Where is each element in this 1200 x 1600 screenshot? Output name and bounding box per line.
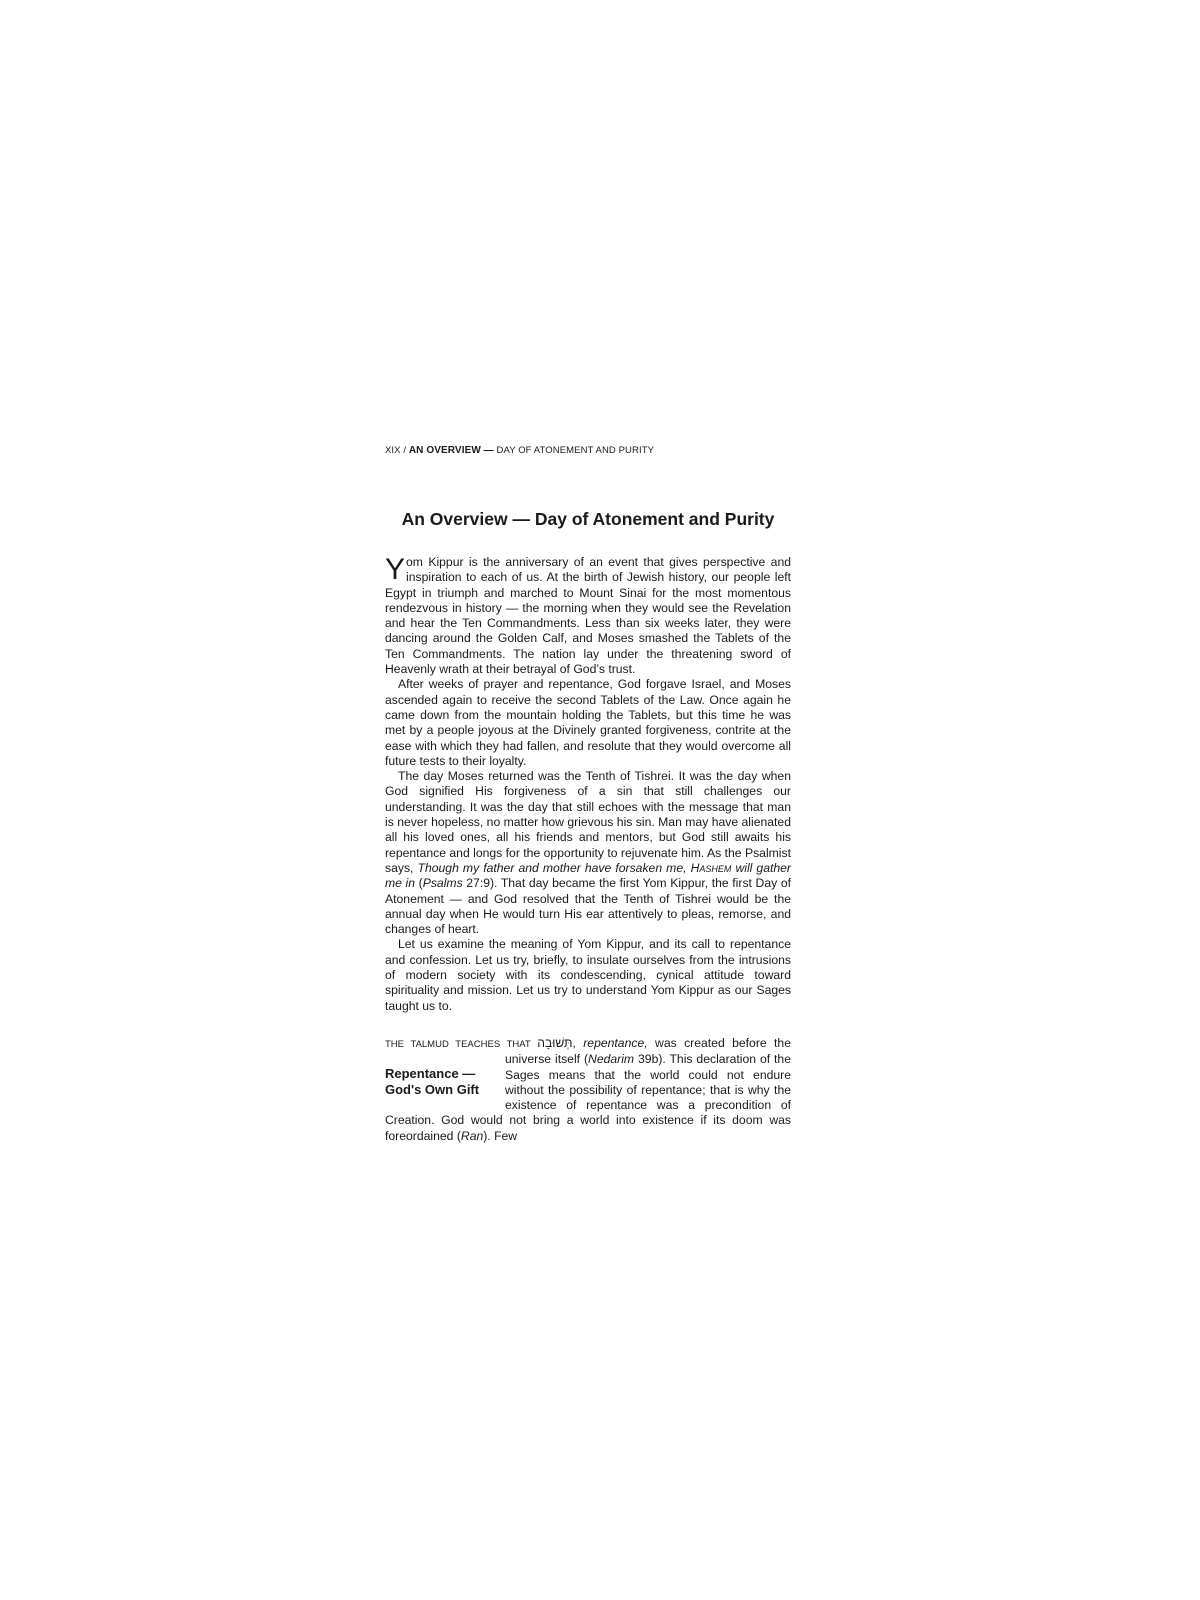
paragraph-3-text-a: The day Moses returned was the Tenth of … <box>385 769 791 875</box>
running-head-subtitle: DAY OF ATONEMENT AND PURITY <box>497 445 655 456</box>
paragraph-1: Yom Kippur is the anniversary of an even… <box>385 555 791 677</box>
section-paragraph: THE TALMUD TEACHES THAT תְּשׁוּבָה, repe… <box>385 1036 791 1144</box>
side-head: Repentance —God's Own Gift <box>385 1066 497 1098</box>
paragraph-2: After weeks of prayer and repentance, Go… <box>385 677 791 769</box>
comma: , <box>572 1036 583 1050</box>
paragraph-3: The day Moses returned was the Tenth of … <box>385 769 791 937</box>
translation: repentance, <box>583 1036 647 1050</box>
paragraph-4: Let us examine the meaning of Yom Kippur… <box>385 937 791 1013</box>
hebrew-word: תְּשׁוּבָה <box>537 1036 572 1050</box>
side-head-line-2: God's Own Gift <box>385 1082 479 1097</box>
section-repentance: THE TALMUD TEACHES THAT תְּשׁוּבָה, repe… <box>385 1036 791 1144</box>
book-page: XIX / AN OVERVIEW — DAY OF ATONEMENT AND… <box>385 444 791 1144</box>
section-lead-in: THE TALMUD TEACHES THAT <box>385 1039 537 1050</box>
page-number: XIX / <box>385 445 406 456</box>
source-nedarim: Nedarim <box>588 1052 634 1066</box>
hashem-name: Hashem <box>691 861 732 875</box>
source-ran: Ran <box>461 1129 483 1143</box>
psalm-quote-a: Though my father and mother have forsake… <box>418 861 691 875</box>
side-head-line-1: Repentance — <box>385 1066 475 1081</box>
body-text: Yom Kippur is the anniversary of an even… <box>385 555 791 1014</box>
psalms-source: Psalms <box>423 876 463 890</box>
section-text-c: ). Few <box>483 1129 517 1143</box>
running-head: XIX / AN OVERVIEW — DAY OF ATONEMENT AND… <box>385 444 791 458</box>
paren-open: ( <box>415 876 423 890</box>
drop-cap: Y <box>385 557 405 583</box>
running-head-dash: — <box>484 445 494 456</box>
chapter-title: An Overview — Day of Atonement and Purit… <box>385 508 791 530</box>
paragraph-1-text: om Kippur is the anniversary of an event… <box>385 555 791 676</box>
running-head-section: AN OVERVIEW <box>409 445 481 456</box>
